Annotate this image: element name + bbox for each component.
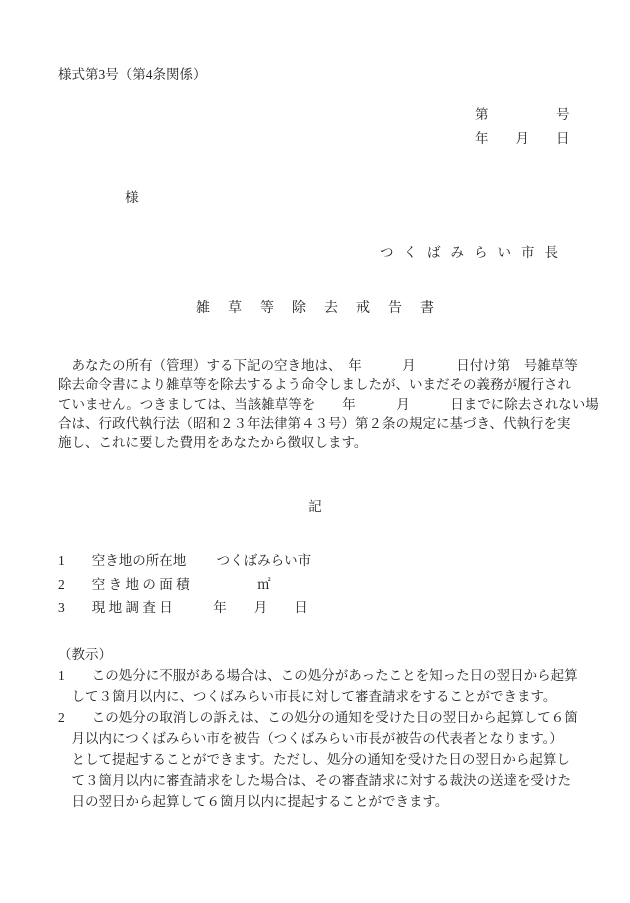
- kyoji-line: 1 この処分に不服がある場合は、この処分があったことを知った日の翌日から起算: [58, 665, 603, 686]
- body-line: 施し、これに要した費用をあなたから徴収します。: [58, 433, 603, 452]
- detail-list: 1 空き地の所在地 つくばみらい市 2 空 き 地 の 面 積 ㎡ 3 現 地 …: [58, 549, 603, 620]
- document-title: 雑草等除去戒告書: [0, 297, 630, 317]
- form-style-label: 様式第3号（第4条関係）: [58, 63, 207, 83]
- kyoji-line: して３箇月以内に、つくばみらい市長に対して審査請求をすることができます。: [58, 686, 603, 707]
- list-item-location: 1 空き地の所在地 つくばみらい市: [58, 549, 603, 573]
- body-line: 合は、行政代執行法（昭和２３年法律第４３号）第２条の規定に基づき、代執行を実: [58, 414, 603, 433]
- kyoji-line: て３箇月以内に審査請求をした場合は、その審査請求に対する裁決の送達を受けた: [58, 770, 603, 791]
- ki-section-marker: 記: [0, 495, 630, 515]
- kyoji-line: 日の翌日から起算して６箇月以内に提起することができます。: [58, 791, 603, 812]
- list-item-survey-date: 3 現 地 調 査 日 年 月 日: [58, 596, 603, 620]
- recipient-line: 様: [58, 186, 139, 206]
- document-number-date-block: 第 号 年 月 日: [475, 103, 570, 151]
- document-number-blank-line: 第 号: [475, 103, 570, 127]
- sender-mayor-name: つくばみらい市長: [380, 241, 568, 261]
- list-item-area: 2 空 き 地 の 面 積 ㎡: [58, 573, 603, 597]
- document-page: 様式第3号（第4条関係） 第 号 年 月 日 様 つくばみらい市長 雑草等除去戒…: [0, 0, 630, 903]
- body-paragraph: あなたの所有（管理）する下記の空き地は、 年 月 日付け第 号雑草等 除去命令書…: [58, 356, 603, 452]
- body-line: ていません。つきましては、当該雑草等を 年 月 日までに除去されない場: [58, 395, 603, 414]
- body-line: あなたの所有（管理）する下記の空き地は、 年 月 日付け第 号雑草等: [58, 356, 603, 375]
- kyoji-line: 月以内につくばみらい市を被告（つくばみらい市長が被告の代表者となります。）: [58, 728, 603, 749]
- kyoji-line: 2 この処分の取消しの訴えは、この処分の通知を受けた日の翌日から起算して６箇: [58, 707, 603, 728]
- kyoji-instruction-section: （教示） 1 この処分に不服がある場合は、この処分があったことを知った日の翌日か…: [58, 644, 603, 812]
- document-date-blank-line: 年 月 日: [475, 127, 570, 151]
- recipient-honorific: 様: [125, 190, 139, 205]
- body-line: 除去命令書により雑草等を除去するよう命令しましたが、いまだその義務が履行され: [58, 375, 603, 394]
- kyoji-line: として提起することができます。ただし、処分の通知を受けた日の翌日から起算し: [58, 749, 603, 770]
- kyoji-heading: （教示）: [58, 644, 603, 665]
